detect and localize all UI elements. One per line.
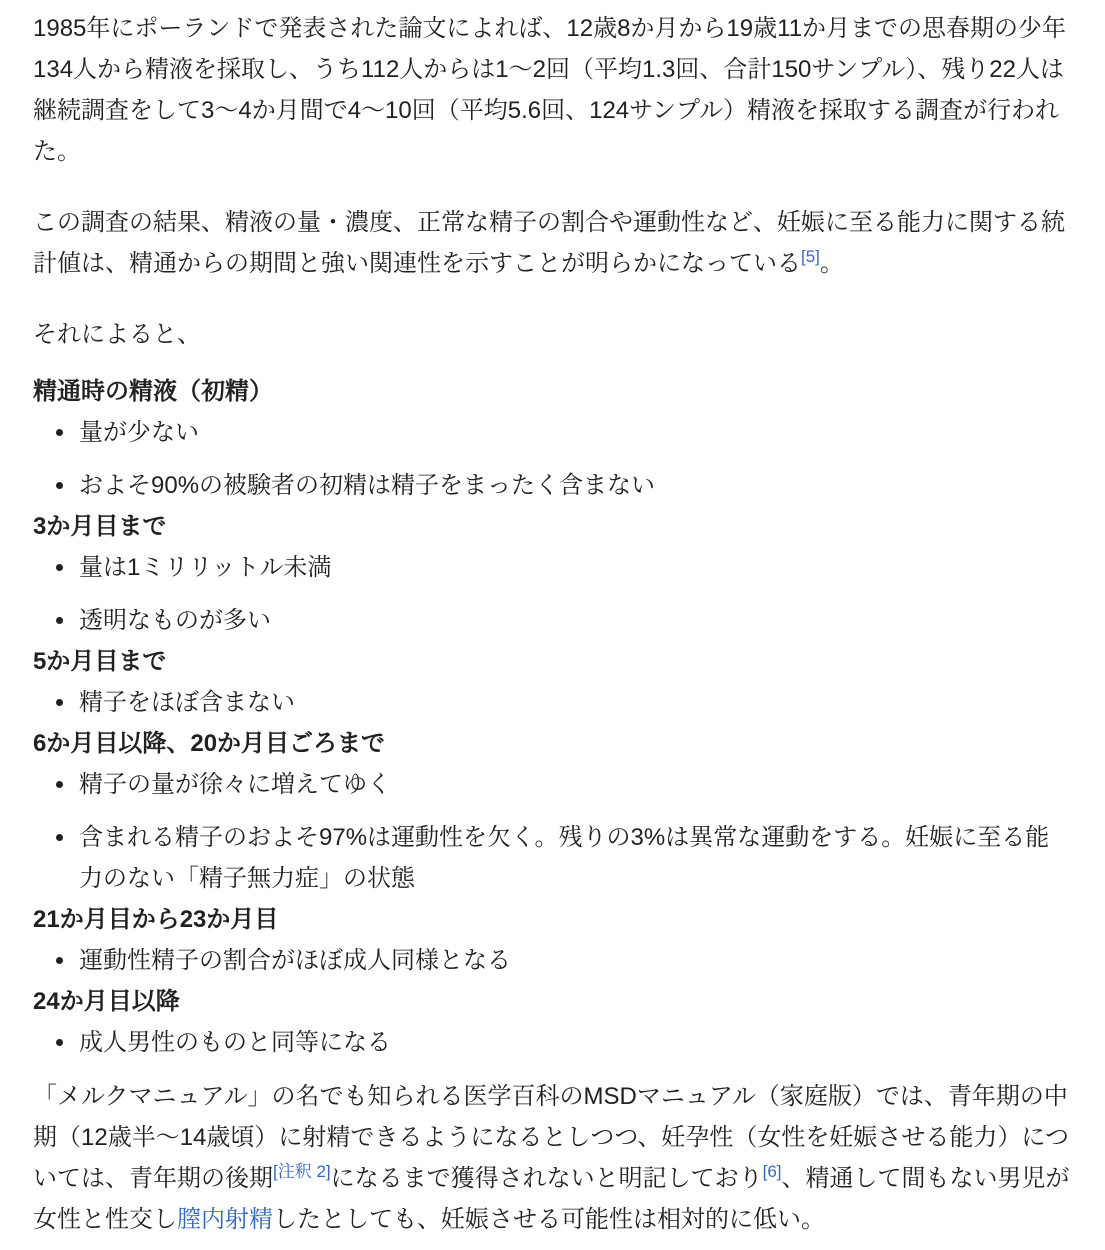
- reference-link[interactable]: [5]: [801, 247, 820, 266]
- paragraph: 「メルクマニュアル」の名でも知られる医学百科のMSDマニュアル（家庭版）では、青…: [33, 1076, 1072, 1240]
- list-item: 含まれる精子のおよそ97%は運動性を欠く。残りの3%は異常な運動をする。妊娠に至…: [33, 817, 1072, 899]
- list-item: 精子をほぼ含まない: [33, 682, 1072, 723]
- text-run: この調査の結果、精液の量・濃度、正常な精子の割合や運動性など、妊娠に至る能力に関…: [33, 209, 1065, 277]
- list-item: およそ90%の被験者の初精は精子をまったく含まない: [33, 465, 1072, 506]
- list-item: 量は1ミリリットル未満: [33, 547, 1072, 588]
- bullet-list: 精子をほぼ含まない: [33, 682, 1072, 723]
- section-term: 21か月目から23か月目: [33, 899, 1072, 940]
- bullet-list: 運動性精子の割合がほぼ成人同様となる: [33, 940, 1072, 981]
- bullet-list: 量は1ミリリットル未満透明なものが多い: [33, 547, 1072, 641]
- section-term: 5か月目まで: [33, 641, 1072, 682]
- reference-link[interactable]: [注釈 2]: [273, 1162, 331, 1181]
- list-item: 精子の量が徐々に増えてゆく: [33, 764, 1072, 805]
- list-item: 運動性精子の割合がほぼ成人同様となる: [33, 940, 1072, 981]
- list-item: 透明なものが多い: [33, 600, 1072, 641]
- list-item: 量が少ない: [33, 412, 1072, 453]
- paragraph: 1985年にポーランドで発表された論文によれば、12歳8か月から19歳11か月ま…: [33, 8, 1072, 172]
- section-term: 精通時の精液（初精）: [33, 371, 1072, 412]
- paragraph: この調査の結果、精液の量・濃度、正常な精子の割合や運動性など、妊娠に至る能力に関…: [33, 202, 1072, 284]
- section-term: 6か月目以降、20か月目ごろまで: [33, 723, 1072, 764]
- list-item: 成人男性のものと同等になる: [33, 1022, 1072, 1063]
- section-term: 3か月目まで: [33, 506, 1072, 547]
- text-run: 。: [820, 250, 844, 277]
- article-content: 1985年にポーランドで発表された論文によれば、12歳8か月から19歳11か月ま…: [0, 0, 1105, 1250]
- text-run: それによると、: [33, 321, 201, 348]
- text-run: 1985年にポーランドで発表された論文によれば、12歳8か月から19歳11か月ま…: [33, 15, 1066, 165]
- paragraph: それによると、: [33, 314, 1072, 355]
- bullet-list: 成人男性のものと同等になる: [33, 1022, 1072, 1063]
- text-run: になるまで獲得されないと明記しており: [331, 1165, 763, 1192]
- reference-link[interactable]: [6]: [763, 1162, 782, 1181]
- bullet-list: 量が少ないおよそ90%の被験者の初精は精子をまったく含まない: [33, 412, 1072, 506]
- bullet-list: 精子の量が徐々に増えてゆく含まれる精子のおよそ97%は運動性を欠く。残りの3%は…: [33, 764, 1072, 899]
- section-term: 24か月目以降: [33, 981, 1072, 1022]
